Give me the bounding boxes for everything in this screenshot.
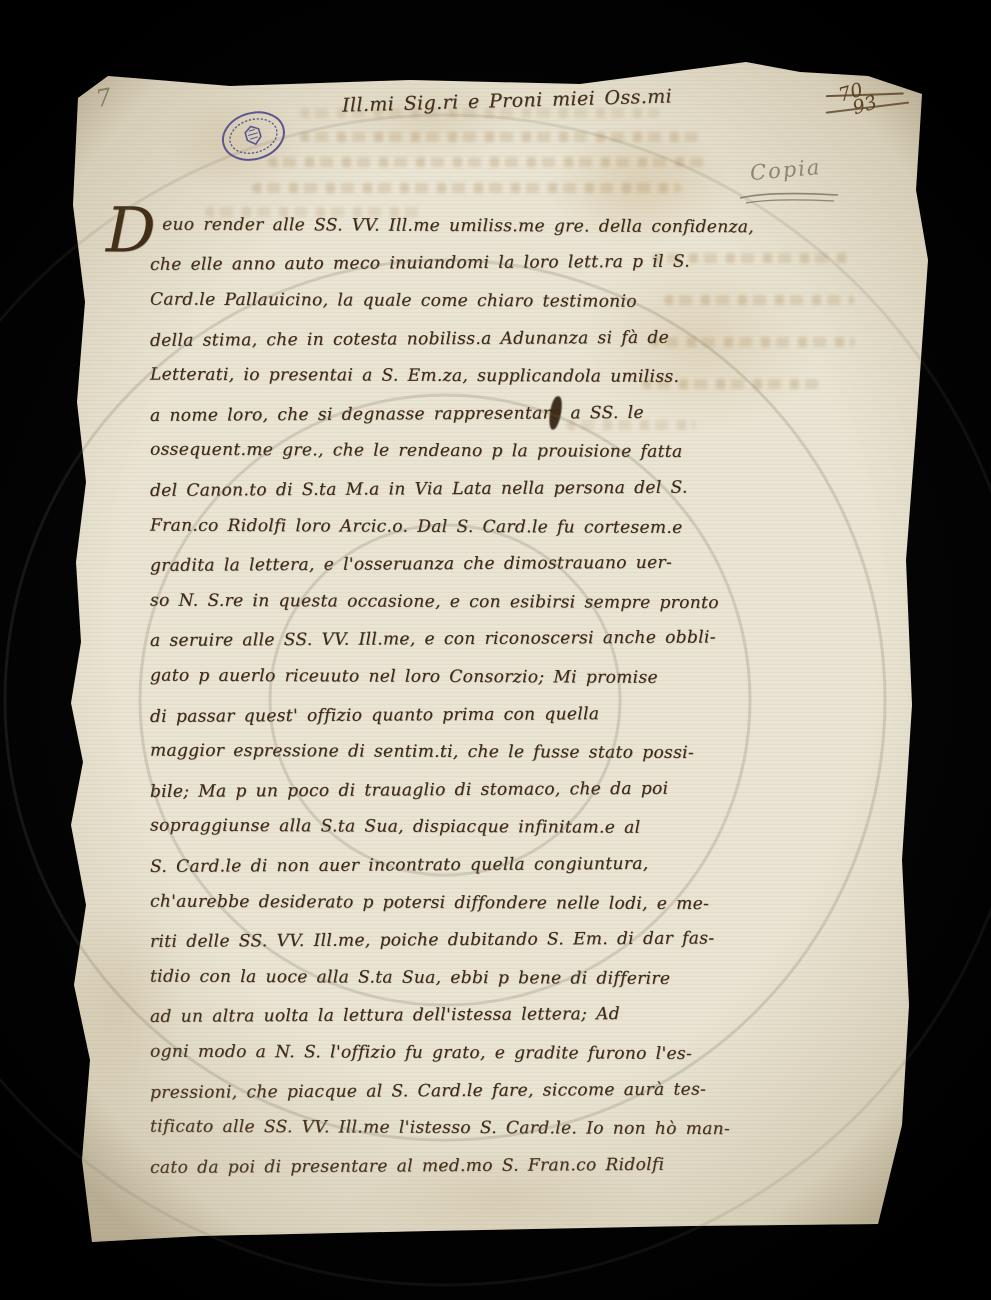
manuscript-line: riti delle SS. VV. Ill.me, poiche dubita… xyxy=(150,928,782,952)
manuscript-line: che elle anno auto meco inuiandomi la lo… xyxy=(150,251,782,275)
pencil-folio-number: 7 xyxy=(94,83,114,113)
manuscript-line: ogni modo a N. S. l'offizio fu grato, e … xyxy=(150,1042,782,1065)
manuscript-line: del Canon.to di S.ta M.a in Via Lata nel… xyxy=(150,477,782,501)
bleedthrough-line xyxy=(252,183,682,193)
manuscript-line: maggior espressione di sentim.ti, che le… xyxy=(150,741,782,764)
manuscript-line: Letterati, io presentai a S. Em.za, supp… xyxy=(150,365,782,388)
manuscript-line: a seruire alle SS. VV. Ill.me, e con ric… xyxy=(150,627,782,651)
manuscript-line: cato da poi di presentare al med.mo S. F… xyxy=(150,1154,782,1178)
manuscript-line: S. Card.le di non auer incontrato quella… xyxy=(150,853,782,877)
manuscript-line: gato p auerlo riceuuto nel loro Consorzi… xyxy=(150,666,782,689)
manuscript-line: di passar quest' offizio quanto prima co… xyxy=(150,703,782,727)
manuscript-line: Fran.co Ridolfi loro Arcic.o. Dal S. Car… xyxy=(150,516,782,539)
archival-number: 70 93 xyxy=(837,69,913,119)
bleedthrough-line xyxy=(268,157,708,167)
manuscript-line: Deuo render alle SS. VV. Ill.me umiliss.… xyxy=(150,215,782,256)
manuscript-line: bile; Ma p un poco di trauaglio di stoma… xyxy=(150,778,782,802)
manuscript-page: 7 Ill.mi Sig.ri e Proni miei Oss.mi 70 9… xyxy=(0,0,991,1300)
manuscript-photo: 7 Ill.mi Sig.ri e Proni miei Oss.mi 70 9… xyxy=(0,0,991,1300)
copy-annotation: Copia xyxy=(749,155,822,185)
copy-annotation-underline xyxy=(738,190,842,212)
manuscript-line: Card.le Pallauicino, la quale come chiar… xyxy=(150,290,782,313)
manuscript-line: so N. S.re in questa occasione, e con es… xyxy=(150,591,782,614)
manuscript-line: ad un altra uolta la lettura dell'istess… xyxy=(150,1003,782,1027)
manuscript-line: ch'aurebbe desiderato p potersi diffonde… xyxy=(150,892,782,915)
manuscript-line: tificato alle SS. VV. Ill.me l'istesso S… xyxy=(150,1117,782,1140)
manuscript-line: gradita la lettera, e l'osseruanza che d… xyxy=(150,552,782,576)
manuscript-line: sopraggiunse alla S.ta Sua, dispiacque i… xyxy=(150,816,782,839)
manuscript-line: ossequent.me gre., che le rendeano p la … xyxy=(150,440,782,463)
manuscript-line: a nome loro, che si degnasse rappresenta… xyxy=(150,402,782,426)
manuscript-line: pressioni, che piacque al S. Card.le far… xyxy=(150,1079,782,1103)
bleedthrough-line xyxy=(300,132,700,142)
manuscript-line: tidio con la uoce alla S.ta Sua, ebbi p … xyxy=(150,967,782,990)
manuscript-line: della stima, che in cotesta nobiliss.a A… xyxy=(150,327,782,351)
